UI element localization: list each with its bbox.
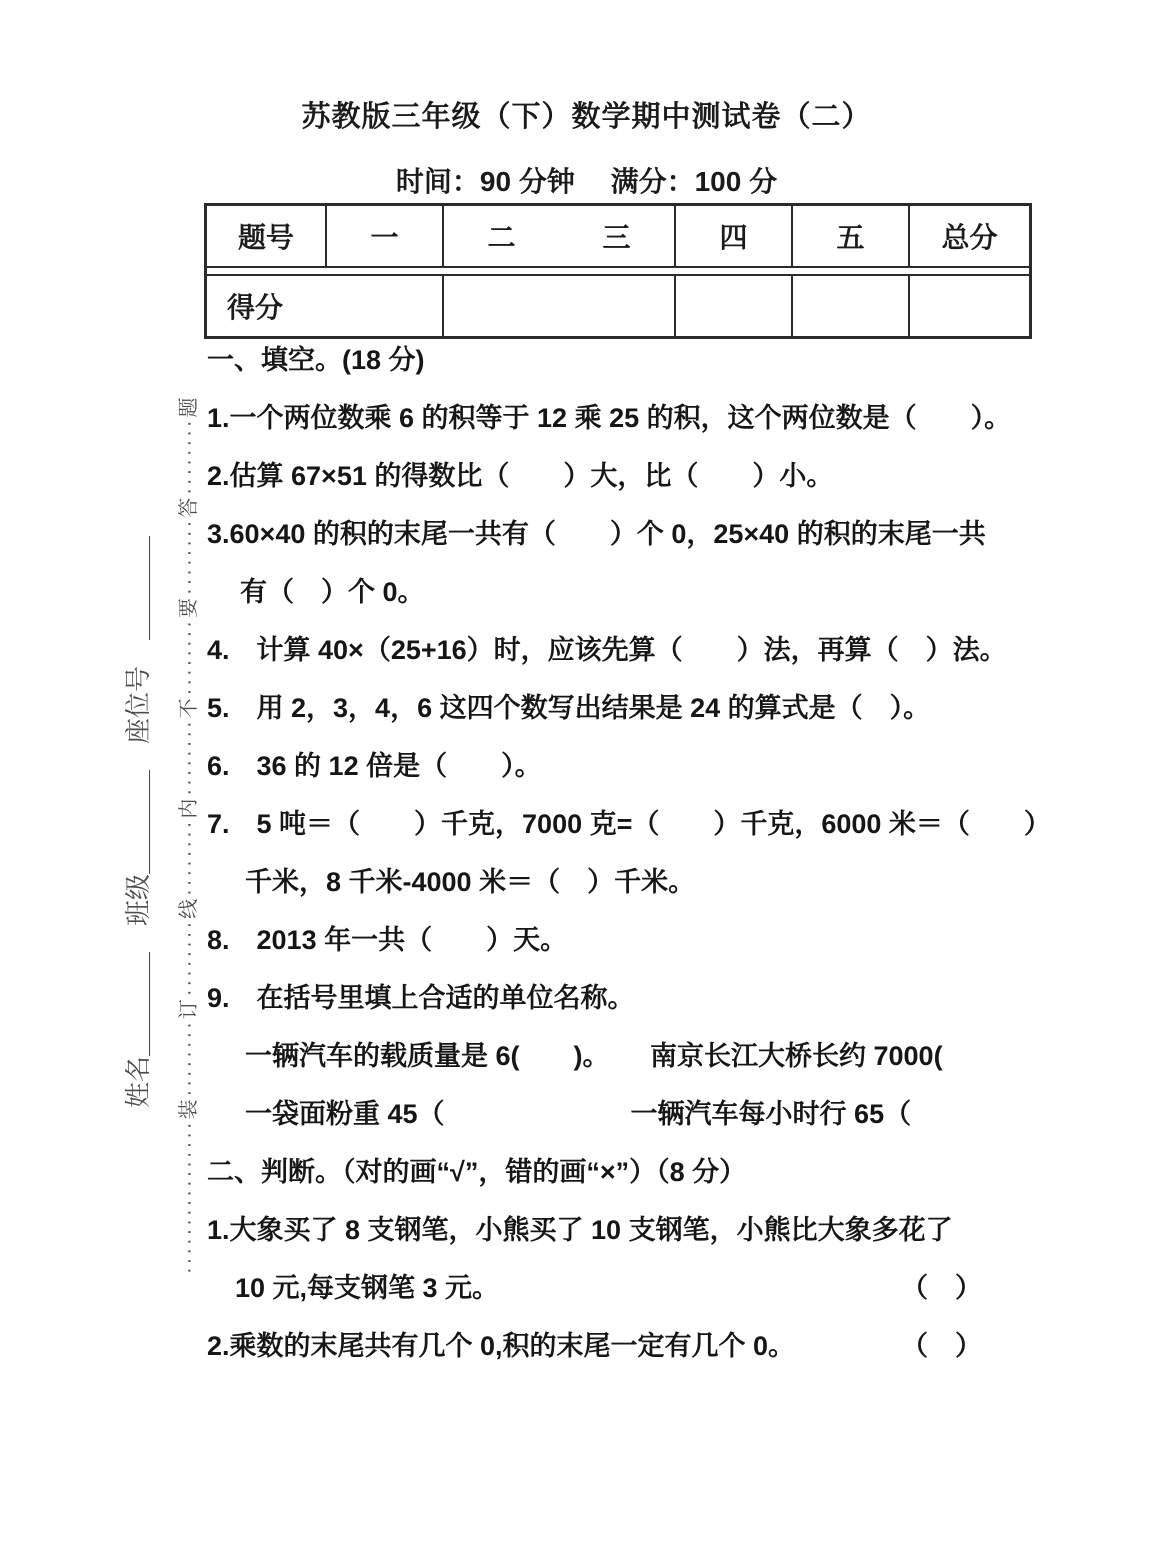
judge-item-2: 2.乘数的末尾共有几个 0,积的末尾一定有几个 0。 （ ） bbox=[207, 1317, 1037, 1375]
fill-item-9-line-2: 一辆汽车的载质量是 6( )。 南京长江大桥长约 7000( bbox=[207, 1027, 1037, 1085]
fill-item-9-line-3: 一袋面粉重 45（ 一辆汽车每小时行 65（ bbox=[207, 1085, 1037, 1143]
exam-body: 一、填空。(18 分) 1.一个两位数乘 6 的积等于 12 乘 25 的积，这… bbox=[207, 331, 1037, 1375]
score-table-col-2-3: 二 三 bbox=[444, 206, 676, 266]
judge-item-1-text: 10 元,每支钢笔 3 元。 bbox=[235, 1259, 499, 1317]
score-table-col-5: 五 bbox=[793, 206, 910, 266]
fill-item-9-car-speed-blank: 一辆汽车每小时行 65（ bbox=[631, 1085, 912, 1143]
fill-item-2: 2.估算 67×51 的得数比（ ）大，比（ ）小。 bbox=[207, 447, 1037, 505]
student-info-vertical-labels: 姓名＿＿＿＿ 班级＿＿＿＿ 座位号 ＿＿＿＿ bbox=[124, 536, 152, 1108]
score-table-header-row: 题号 一 二 三 四 五 总分 bbox=[207, 206, 1029, 266]
score-cell-empty-5 bbox=[793, 276, 910, 336]
fill-item-8: 8. 2013 年一共（ ）天。 bbox=[207, 911, 1037, 969]
score-cell-empty-4 bbox=[676, 276, 793, 336]
score-table-corner-label: 题号 bbox=[207, 206, 327, 266]
score-table-col-2-label: 二 bbox=[487, 216, 515, 256]
fill-item-4: 4. 计算 40×（25+16）时，应该先算（ ）法，再算（ ）法。 bbox=[207, 621, 1037, 679]
judge-item-1-line-2: 10 元,每支钢笔 3 元。 （ ） bbox=[207, 1259, 1037, 1317]
score-table-col-1: 一 bbox=[327, 206, 444, 266]
score-row-label: 得分 bbox=[207, 276, 444, 336]
score-table-score-row: 得分 bbox=[207, 276, 1029, 336]
fill-section-heading: 一、填空。(18 分) bbox=[207, 331, 1037, 389]
judge-item-2-text: 2.乘数的末尾共有几个 0,积的末尾一定有几个 0。 bbox=[207, 1317, 795, 1375]
exam-paper-page: 苏教版三年级（下）数学期中测试卷（二） 时间：90 分钟 满分：100 分 题号… bbox=[0, 0, 1173, 1552]
fill-item-6: 6. 36 的 12 倍是（ ）。 bbox=[207, 737, 1037, 795]
fill-item-9: 9. 在括号里填上合适的单位名称。 bbox=[207, 969, 1037, 1027]
fill-item-3-line-2: 有（ ）个 0。 bbox=[207, 563, 1037, 621]
judge-item-1-line-1: 1.大象买了 8 支钢笔，小熊买了 10 支钢笔，小熊比大象多花了 bbox=[207, 1201, 1037, 1259]
fill-item-3-line-1: 3.60×40 的积的末尾一共有（ ）个 0，25×40 的积的末尾一共 bbox=[207, 505, 1037, 563]
fill-item-1: 1.一个两位数乘 6 的积等于 12 乘 25 的积，这个两位数是（ ）。 bbox=[207, 389, 1037, 447]
fill-item-7-line-1: 7. 5 吨＝（ ）千克，7000 克=（ ）千克，6000 米＝（ ） bbox=[207, 795, 1037, 853]
fill-item-5: 5. 用 2，3，4，6 这四个数写出结果是 24 的算式是（ ）。 bbox=[207, 679, 1037, 737]
score-table-col-total: 总分 bbox=[910, 206, 1029, 266]
fill-item-9-flour-blank: 一袋面粉重 45（ bbox=[245, 1085, 445, 1143]
fill-item-7-line-2: 千米，8 千米-4000 米＝（ ）千米。 bbox=[207, 853, 1037, 911]
judge-item-1-answer-mark: （ ） bbox=[901, 1259, 982, 1317]
judge-section-heading: 二、判断。（对的画“√”，错的画“×”）（8 分） bbox=[207, 1143, 1037, 1201]
binding-line-vertical-text: ················装········订········线·····… bbox=[176, 394, 202, 1274]
exam-time-score-info: 时间：90 分钟 满分：100 分 bbox=[0, 160, 1173, 200]
score-cell-empty-total bbox=[910, 276, 1029, 336]
score-cell-empty-2-3 bbox=[444, 276, 676, 336]
page-title: 苏教版三年级（下）数学期中测试卷（二） bbox=[0, 94, 1173, 135]
score-table-col-3-label: 三 bbox=[602, 216, 630, 256]
score-table-row-divider bbox=[207, 266, 1029, 276]
judge-item-2-answer-mark: （ ） bbox=[901, 1317, 982, 1375]
score-table-col-4: 四 bbox=[676, 206, 793, 266]
score-table: 题号 一 二 三 四 五 总分 得分 bbox=[204, 203, 1032, 339]
